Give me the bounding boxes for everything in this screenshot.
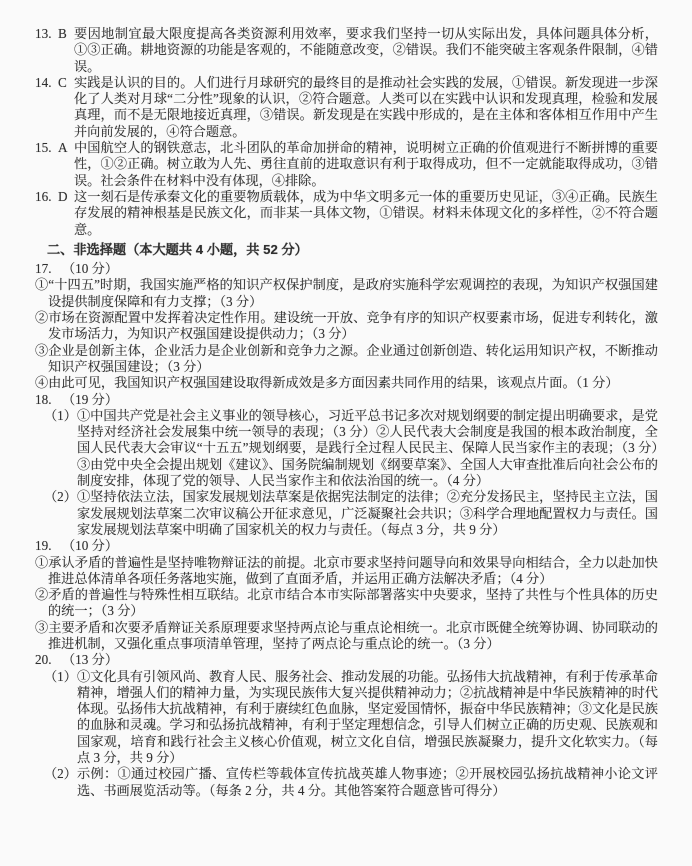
question-score: （13 分） (62, 652, 118, 668)
part-text: ①中国共产党是社会主义事业的领导核心，习近平总书记多次对规划纲要的制定提出明确要… (77, 408, 658, 489)
answer-letter: D (58, 189, 74, 205)
answer-part-1: （1） ①文化具有引领风尚、教育人民、服务社会、推动发展的功能。弘扬伟大抗战精神… (44, 669, 658, 767)
question-score: （10 分） (62, 261, 118, 277)
question-18: 18. （19 分） （1） ①中国共产党是社会主义事业的领导核心，习近平总书记… (35, 392, 658, 539)
answer-explanation: 中国航空人的钢铁意志，北斗团队的革命加拼命的精神，说明树立正确的价值观进行不断拼… (74, 140, 658, 189)
answer-point: ③企业是创新主体，企业活力是企业创新和竞争力之源。企业通过创新创造、转化运用知识… (35, 343, 658, 376)
question-19: 19. （10 分） ①承认矛盾的普遍性是坚持唯物辩证法的前提。北京市要求坚持问… (35, 538, 658, 652)
answer-explanation: 这一刻石是传承秦文化的重要物质载体，成为中华文明多元一体的重要历史见证，③④正确… (74, 189, 658, 238)
question-header: 20. （13 分） (35, 652, 658, 668)
answer-explanation: 要因地制宜最大限度提高各类资源利用效率，要求我们坚持一切从实际出发，具体问题具体… (74, 26, 658, 75)
part-label: （2） (44, 766, 77, 799)
answer-letter: B (58, 26, 74, 42)
part-text: 示例：①通过校园广播、宣传栏等载体宣传抗战英雄人物事迹；②开展校园弘扬抗战精神小… (77, 766, 658, 799)
question-20: 20. （13 分） （1） ①文化具有引领风尚、教育人民、服务社会、推动发展的… (35, 652, 658, 799)
exam-answer-key-page: 13. B 要因地制宜最大限度提高各类资源利用效率，要求我们坚持一切从实际出发，… (0, 0, 692, 866)
answer-point: ④由此可见，我国知识产权强国建设取得新成效是多方面因素共同作用的结果，该观点片面… (35, 375, 658, 391)
answer-point: ①“十四五”时期，我国实施严格的知识产权保护制度，是政府实施科学宏观调控的表现，… (35, 277, 658, 310)
question-number: 19. (35, 538, 62, 554)
question-number: 15. (35, 140, 58, 156)
answer-explanation: 实践是认识的目的。人们进行月球研究的最终目的是推动社会实践的发展，①错误。新发现… (74, 75, 658, 140)
question-score: （19 分） (62, 392, 118, 408)
part-label: （2） (44, 489, 77, 538)
question-number: 13. (35, 26, 58, 42)
answer-part-2: （2） 示例：①通过校园广播、宣传栏等载体宣传抗战英雄人物事迹；②开展校园弘扬抗… (44, 766, 658, 799)
answer-point: ①承认矛盾的普遍性是坚持唯物辩证法的前提。北京市要求坚持问题导向和效果导向相结合… (35, 555, 658, 588)
question-17: 17. （10 分） ①“十四五”时期，我国实施严格的知识产权保护制度，是政府实… (35, 261, 658, 391)
answer-part-1: （1） ①中国共产党是社会主义事业的领导核心，习近平总书记多次对规划纲要的制定提… (44, 408, 658, 489)
answer-point: ②矛盾的普遍性与特殊性相互联结。北京市结合本市实际部署落实中央要求，坚持了共性与… (35, 587, 658, 620)
answer-point: ②市场在资源配置中发挥着决定性作用。建设统一开放、竞争有序的知识产权要素市场，促… (35, 310, 658, 343)
multiple-choice-explanations: 13. B 要因地制宜最大限度提高各类资源利用效率，要求我们坚持一切从实际出发，… (35, 26, 658, 238)
question-number: 16. (35, 189, 58, 205)
answer-part-2: （2） ①坚持依法立法，国家发展规划法草案是依据宪法制定的法律；②充分发扬民主，… (44, 489, 658, 538)
mc-answer-item-14: 14. C 实践是认识的目的。人们进行月球研究的最终目的是推动社会实践的发展，①… (35, 75, 658, 140)
part-label: （1） (44, 408, 77, 489)
question-header: 19. （10 分） (35, 538, 658, 554)
question-header: 17. （10 分） (35, 261, 658, 277)
question-number: 17. (35, 261, 62, 277)
free-response-answers: 17. （10 分） ①“十四五”时期，我国实施严格的知识产权保护制度，是政府实… (35, 261, 658, 799)
question-number: 18. (35, 392, 62, 408)
answer-point: ③主要矛盾和次要矛盾辩证关系原理要求坚持两点论与重点论相统一。北京市既健全统筹协… (35, 620, 658, 653)
question-number: 20. (35, 652, 62, 668)
mc-answer-item-13: 13. B 要因地制宜最大限度提高各类资源利用效率，要求我们坚持一切从实际出发，… (35, 26, 658, 75)
mc-answer-item-16: 16. D 这一刻石是传承秦文化的重要物质载体，成为中华文明多元一体的重要历史见… (35, 189, 658, 238)
question-header: 18. （19 分） (35, 392, 658, 408)
mc-answer-item-15: 15. A 中国航空人的钢铁意志，北斗团队的革命加拼命的精神，说明树立正确的价值… (35, 140, 658, 189)
part-text: ①坚持依法立法，国家发展规划法草案是依据宪法制定的法律；②充分发扬民主，坚持民主… (77, 489, 658, 538)
question-number: 14. (35, 75, 58, 91)
section-heading: 二、非选择题（本大题共 4 小题，共 52 分） (47, 242, 658, 258)
part-text: ①文化具有引领风尚、教育人民、服务社会、推动发展的功能。弘扬伟大抗战精神，有利于… (77, 669, 658, 767)
answer-letter: A (58, 140, 74, 156)
part-label: （1） (44, 669, 77, 767)
question-score: （10 分） (62, 538, 118, 554)
answer-letter: C (58, 75, 74, 91)
